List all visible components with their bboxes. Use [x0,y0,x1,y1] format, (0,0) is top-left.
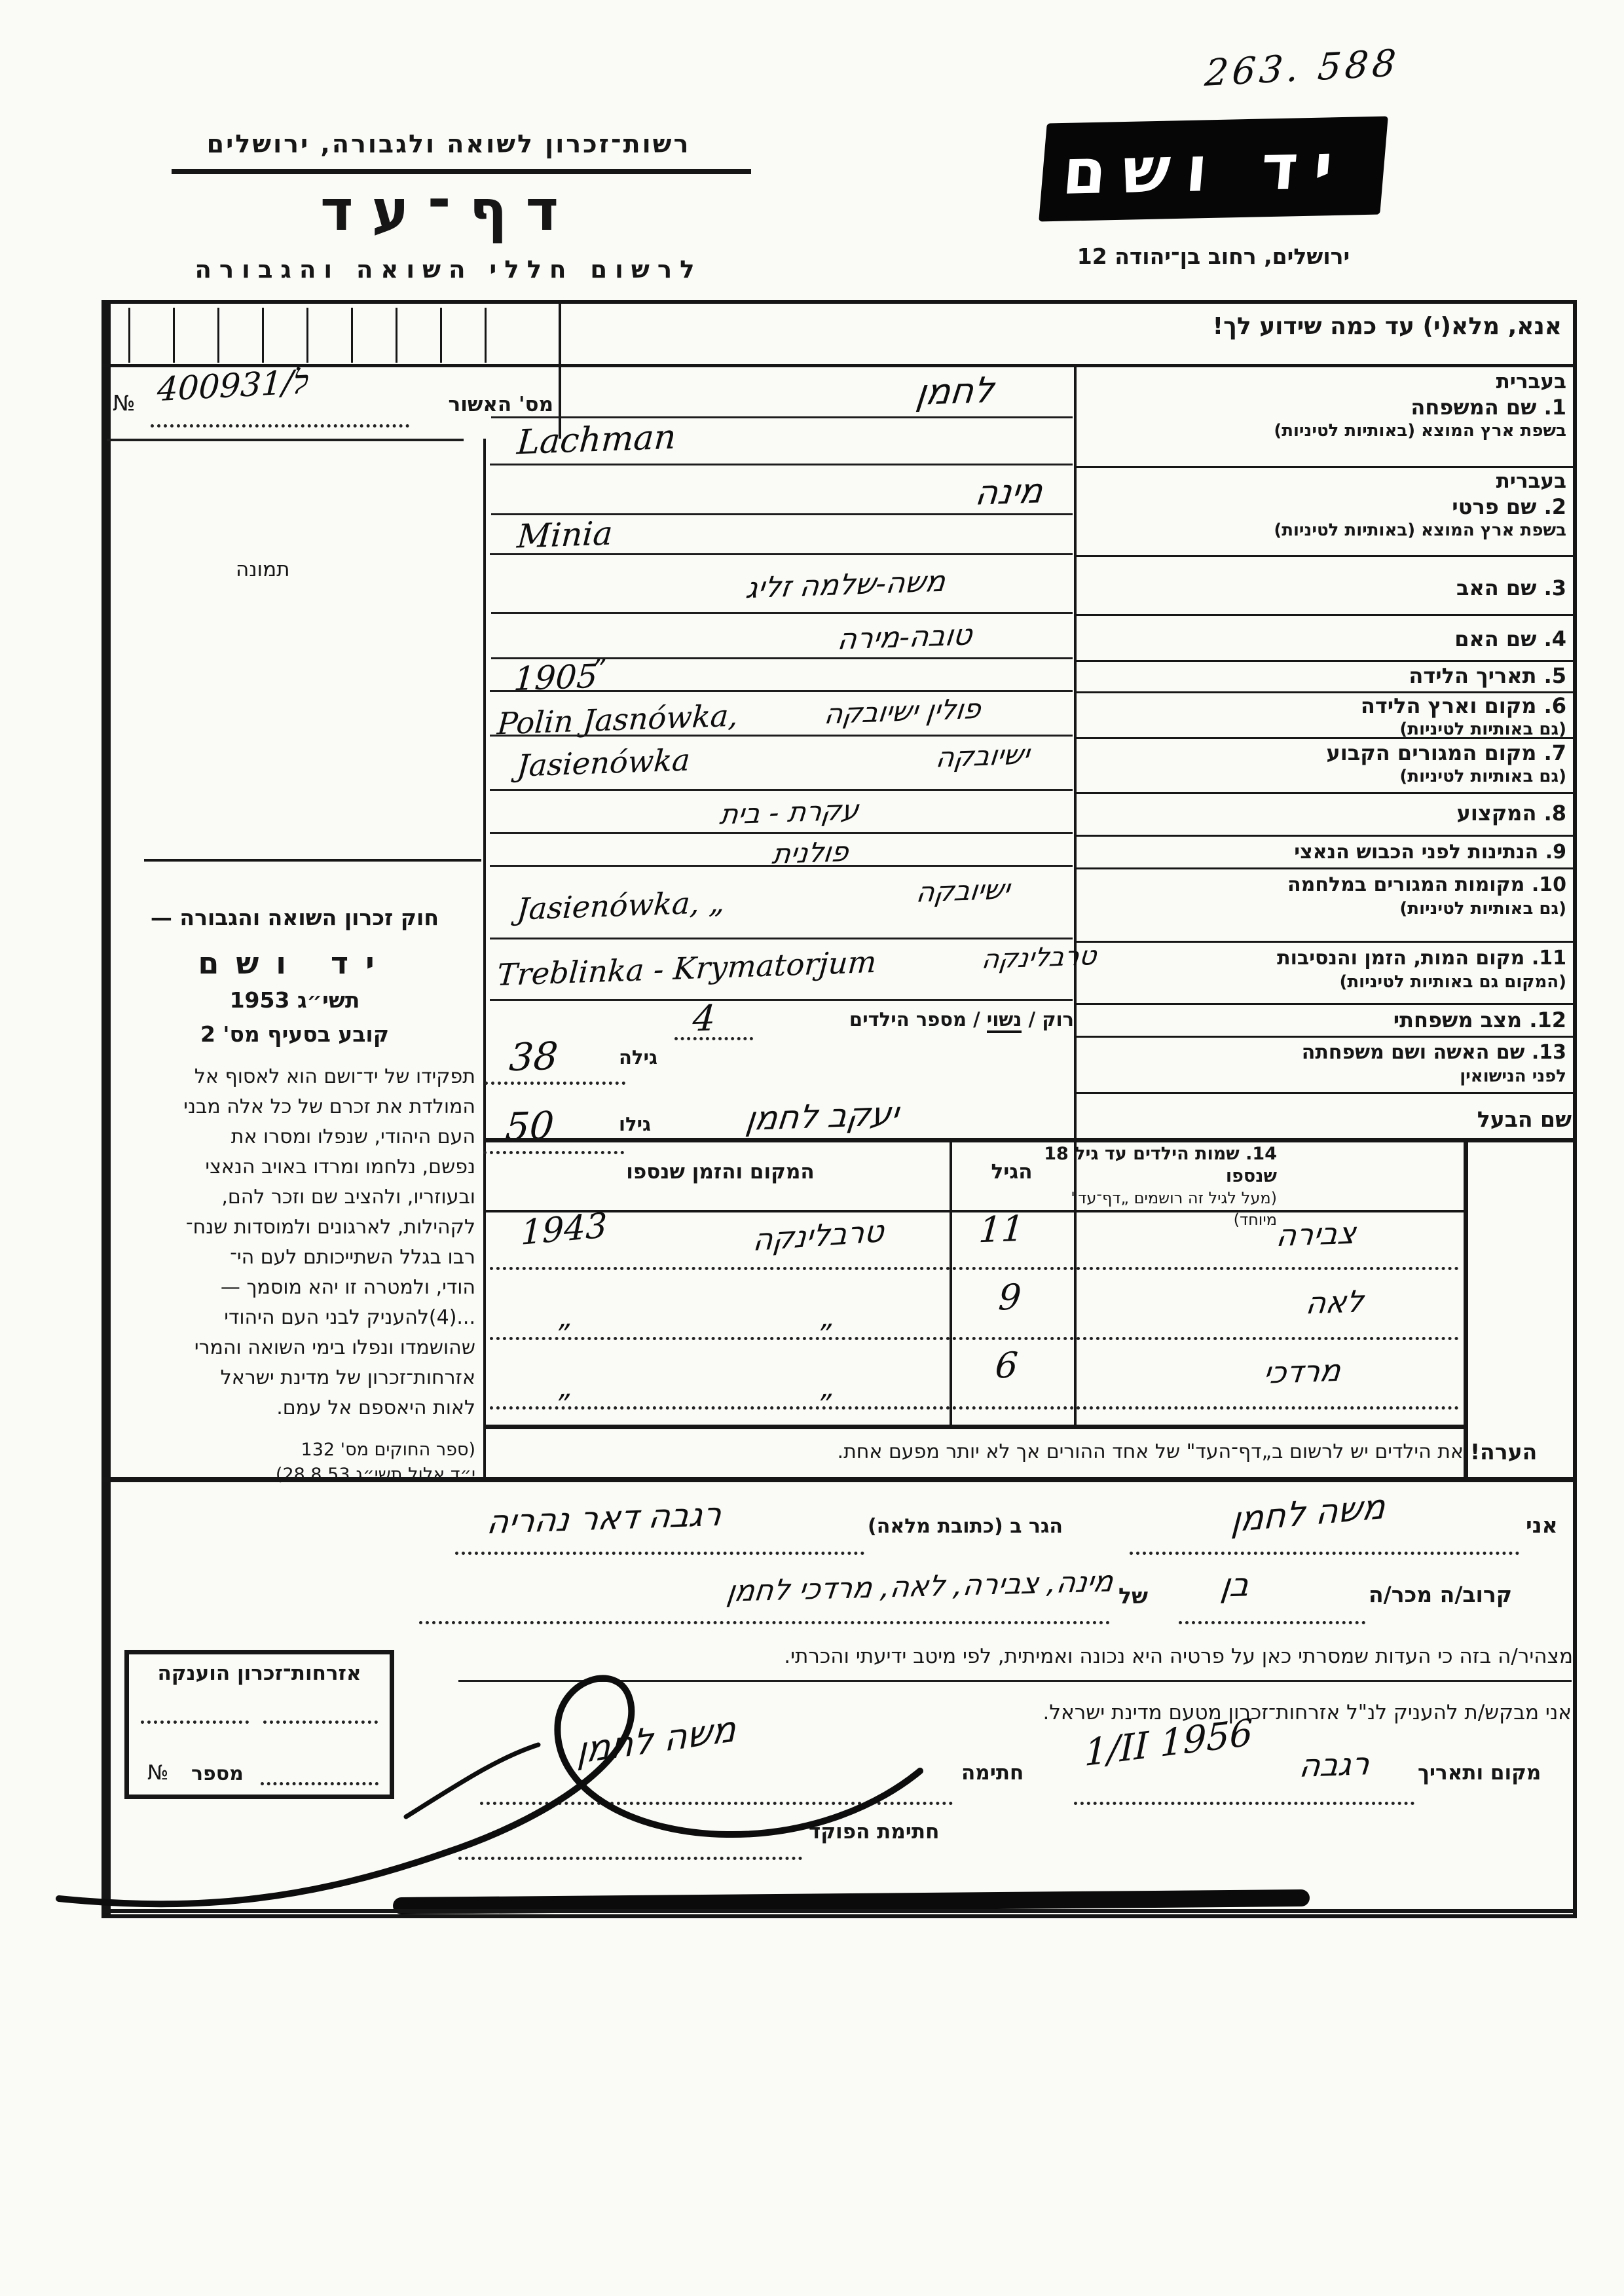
law-body: תפקידו של יד־ושם הוא לאסוף אל המולדת את … [111,1062,475,1423]
relation-of-label: של [1118,1583,1148,1609]
field-6-title: 6. מקום וארץ הלידה [1082,693,1566,719]
row-rule [1074,1003,1577,1005]
field-8-number: 8. [1544,801,1566,826]
witness-name-dotted-line [1130,1552,1519,1555]
field-11-title: 11. מקום המות, הזמן והנסיבות [1082,945,1566,972]
row-rule [1074,835,1577,837]
her-age-handwritten: 38 [508,1034,560,1080]
field-5-title: 5. תאריך הלידה [1082,663,1566,689]
write-line [491,416,1073,418]
field-4-number: 4. [1544,627,1566,651]
table-right-border [1464,1138,1468,1481]
field-2-name: שם פרטי [1452,494,1536,519]
approval-dotted-line [151,424,409,428]
field-label-12: 12. מצב משפחתי [1082,1007,1566,1033]
write-line [490,999,1073,1001]
death-place-hebrew-handwritten: טרבלינקה [980,941,1098,975]
row-rule [1074,1036,1577,1038]
row-rule [1074,466,1577,468]
field-13-name: שם האשה ושם משפחתה [1302,1041,1525,1064]
memorial-box-dotted-line [141,1721,249,1724]
field-14-number: 14. [1246,1144,1277,1164]
field-3-name: שם האב [1456,575,1536,600]
yad-vashem-logo-text: יד ושם [1060,129,1367,209]
field-12-name: מצב משפחתי [1393,1008,1522,1032]
form-title: דף־עד [105,178,792,244]
field-label-7: 7. מקום המגורים הקבוע (גם באותיות לטיניו… [1082,740,1566,788]
field-1-number: 1. [1544,395,1566,420]
row-rule [1074,792,1577,794]
field-13-title: 13. שם האשה ושם משפחתה [1082,1040,1566,1066]
field-11-name: מקום המות, הזמן והנסיבות [1277,947,1524,970]
field-6-name: מקום וארץ הלידה [1361,693,1537,718]
residence-latin-handwritten: Jasienówka [516,742,692,783]
field-5-number: 5. [1544,663,1566,688]
label-column-divider [1074,365,1077,1139]
children-count-handwritten: 4 [692,997,717,1039]
place-date-label: מקום ותאריך [1418,1761,1541,1785]
table-column-border [1074,1138,1077,1427]
field-10-number: 10. [1532,873,1566,896]
write-line [490,553,1073,555]
table-top-border [483,1138,1577,1142]
wartime-place-hebrew-handwritten: ישיובקה [915,873,1012,909]
field-11-sublabel: (המקום גם באותיות לטיניות) [1082,972,1566,993]
row-rule [1074,614,1577,616]
address-dotted-line [455,1552,864,1555]
field-10-name: מקומות המגורים במלחמה [1287,873,1524,896]
child-name-handwritten: לאה [1304,1283,1365,1321]
his-age-label: גילו [619,1113,651,1135]
note-text: את הילדים יש לרשום ב„דף־העד" של אחד ההור… [517,1440,1464,1463]
address-line: ירושלים, רחוב בן־יהודה 12 [1017,244,1410,269]
write-line [490,690,1073,692]
declaration-top-border [101,1477,1577,1482]
tick-mark [306,308,308,363]
field-label-4: 4. שם האם [1082,626,1566,652]
field-4-title: 4. שם האם [1082,626,1566,652]
marital-option-children-count: / מספר הילדים [849,1008,980,1030]
marital-options-line: רוק / נשוי / מספר הילדים [743,1008,1074,1030]
note-heading: הערה! [1470,1439,1537,1465]
field-1-title: 1. שם המשפחה [1082,394,1566,420]
tick-mark [396,308,397,363]
table-row-dotted-line [490,1337,1459,1340]
form-subtitle: לרשום חללי השואה והגבורה [105,255,792,283]
field-10-title: 10. מקומות המגורים במלחמה [1082,872,1566,898]
tick-mark [485,308,487,363]
instruction-line: אנא, מלא(י) עד כמה שידוע לך! [1080,313,1562,340]
row-rule [1074,555,1577,557]
field-label-9: 9. הנתינות לפני הכבוש הנאצי [1082,839,1566,866]
place-handwritten: רגבה [1297,1745,1371,1785]
tick-mark [351,308,353,363]
tick-mark [262,308,264,363]
field-2-title: 2. שם פרטי [1082,494,1566,520]
field-11-number: 11. [1532,947,1566,970]
family-name-hebrew-handwritten: לחמן [914,369,997,413]
marital-option-single: רוק / [1029,1008,1074,1030]
declaration-i-label: אני [1526,1512,1558,1538]
occupation-handwritten: עקרת - בית [718,793,860,830]
field-label-1: בעברית 1. שם המשפחה בשפת ארץ המוצא (באות… [1082,369,1566,442]
yad-vashem-logo: יד ושם [1039,117,1388,222]
residence-hebrew-handwritten: ישיובקה [934,738,1031,774]
field-label-14: 14. שמות הילדים עד גיל 18 שנספו (מעל לגי… [1025,1143,1277,1231]
husband-name-handwritten: יעקב לחמן [744,1095,901,1138]
field-14-name: שמות הילדים עד גיל 18 שנספו [1044,1144,1277,1186]
write-line [490,865,1073,867]
table-row-dotted-line [490,1406,1459,1410]
field-2-sublabel: בשפת ארץ המוצא (באותיות לטיניות) [1082,520,1566,541]
birth-place-hebrew-handwritten: פולין ישיובקה [822,693,982,730]
child-name-handwritten: מרדכי [1261,1353,1342,1391]
first-name-latin-handwritten: Minia [516,514,614,555]
tick-mark [173,308,175,363]
field-10-sublabel: (גם באותיות לטיניות) [1082,898,1566,920]
approval-no-symbol: № [113,390,135,416]
relation-value-handwritten: בן [1219,1565,1251,1604]
approval-underline [107,439,464,441]
relation-label: קרוב/ה מכר/ה [1369,1582,1512,1607]
field-9-name: הנתינות לפני הכבוש הנאצי [1294,841,1538,864]
field-label-13: 13. שם האשה ושם משפחתה לפני הנישואין [1082,1040,1566,1087]
law-block-rule [144,859,481,862]
table-header-underline [483,1210,1464,1212]
form-bottom-border [101,1909,1577,1913]
field-7-number: 7. [1544,740,1566,765]
her-age-label: גילה [619,1046,657,1068]
field-label-3: 3. שם האב [1082,575,1566,601]
tick-mark [440,308,442,363]
first-name-hebrew-handwritten: מינה [973,471,1045,513]
row-rule [1074,1092,1577,1094]
his-age-dotted-line [483,1151,624,1154]
write-line [490,735,1073,737]
archive-number-handwritten: 263. 588 [1203,42,1401,95]
field-3-number: 3. [1544,575,1566,600]
resides-label: הגר ב (כתובת מלאה) [868,1515,1063,1538]
field-2-language-label: בעברית [1082,469,1566,494]
tick-mark [217,308,219,363]
memorial-box-dotted-line [263,1721,378,1724]
child-age-handwritten: 11 [978,1208,1025,1250]
write-line [491,612,1073,614]
field-9-title: 9. הנתינות לפני הכבוש הנאצי [1082,839,1566,866]
memorial-box-title: אזרחות־זכרון הוענקה [131,1662,388,1685]
tick-mark [128,308,130,363]
field-1-name: שם המשפחה [1411,395,1536,420]
memorial-box-number-label: מספר [191,1762,244,1785]
field-13-number: 13. [1532,1041,1566,1064]
field-14-sublabel: (מעל לגיל זה רושמים „דף־עד" מיוחד) [1025,1188,1277,1231]
field-8-name: המקצוע [1457,801,1537,826]
field-label-11: 11. מקום המות, הזמן והנסיבות (המקום גם ב… [1082,945,1566,993]
page-of-testimony-scan: 263. 588 יד ושם ירושלים, רחוב בן־יהודה 1… [0,0,1624,2296]
law-year: תשי״ג 1953 [115,987,475,1013]
sidebar-divider [483,439,486,1478]
field-7-sublabel: (גם באותיות לטיניות) [1082,766,1566,788]
field-label-6: 6. מקום וארץ הלידה (גם באותיות לטיניות) [1082,693,1566,740]
row-rule [1074,941,1577,943]
field-label-2: בעברית 2. שם פרטי בשפת ארץ המוצא (באותיו… [1082,469,1566,541]
instruction-divider [101,364,1577,367]
mother-name-handwritten: טובה-מירה [836,618,974,656]
field-7-title: 7. מקום המגורים הקבוע [1082,740,1566,766]
child-death-year-handwritten: 1943 [521,1206,608,1253]
table-header-age: הגיל [950,1160,1074,1184]
field-12-title: 12. מצב משפחתי [1082,1007,1566,1033]
field-7-name: מקום המגורים הקבוע [1326,740,1536,765]
field-label-8: 8. המקצוע [1082,800,1566,826]
law-intro: חוק זכרון השואה והגבורה — [115,905,475,930]
marital-option-married: נשוי [987,1008,1022,1033]
father-name-handwritten: משה-שלמה זליג [744,565,947,606]
field-12-number: 12. [1529,1008,1566,1032]
field-3-title: 3. שם האב [1082,575,1566,601]
child-age-handwritten: 9 [997,1276,1023,1318]
place-date-dotted-line [1074,1802,1414,1805]
her-age-dotted-line [485,1082,625,1085]
law-name: יד ושם [115,945,475,981]
children-count-dotted-line [674,1037,753,1040]
photo-placeholder-label: תמונה [236,558,290,581]
field-9-number: 9. [1545,841,1566,864]
write-line [490,789,1073,791]
write-line [490,464,1073,465]
table-row-dotted-line [490,1267,1459,1270]
family-name-latin-handwritten: Lachman [516,418,678,462]
authority-line: רשות־זכרון לשואה ולגבורה, ירושלים [105,130,792,158]
header-rule [172,169,751,174]
relation-dotted-line [1179,1621,1365,1624]
field-6-number: 6. [1544,693,1566,718]
row-rule [1074,660,1577,662]
memorial-box-number-dotted-line [261,1782,378,1785]
approval-number-handwritten: 400931/ל [157,363,310,409]
child-name-handwritten: צבירה [1274,1215,1357,1253]
field-2-number: 2. [1544,494,1566,519]
wartime-place-latin-handwritten: Jasienówka, „ [516,884,726,926]
signature-label: חתימה [961,1761,1024,1785]
field-4-name: שם האם [1454,627,1536,651]
field-6-sublabel: (גם באותיות לטיניות) [1082,719,1566,740]
table-header-place: המקום והזמן שנספו [498,1160,943,1184]
approval-label: מס' האשור [370,393,553,416]
field-5-name: תאריך הלידה [1409,663,1536,688]
field-1-sublabel: בשפת ארץ המוצא (באותיות לטיניות) [1082,420,1566,442]
row-rule [1074,867,1577,869]
child-age-handwritten: 6 [994,1344,1020,1386]
write-line [490,832,1073,834]
write-line [490,938,1073,939]
law-clause: קובע בסעיף מס' 2 [115,1021,475,1047]
husband-name-label: שם הבעל [1408,1106,1572,1132]
field-label-10: 10. מקומות המגורים במלחמה (גם באותיות לט… [1082,872,1566,920]
field-1-language-label: בעברית [1082,369,1566,394]
table-bottom-border [483,1425,1464,1429]
memorial-box-no-symbol: № [147,1761,168,1785]
field-13-sublabel: לפני הנישואין [1082,1066,1566,1087]
field-label-5: 5. תאריך הלידה [1082,663,1566,689]
field-8-title: 8. המקצוע [1082,800,1566,826]
